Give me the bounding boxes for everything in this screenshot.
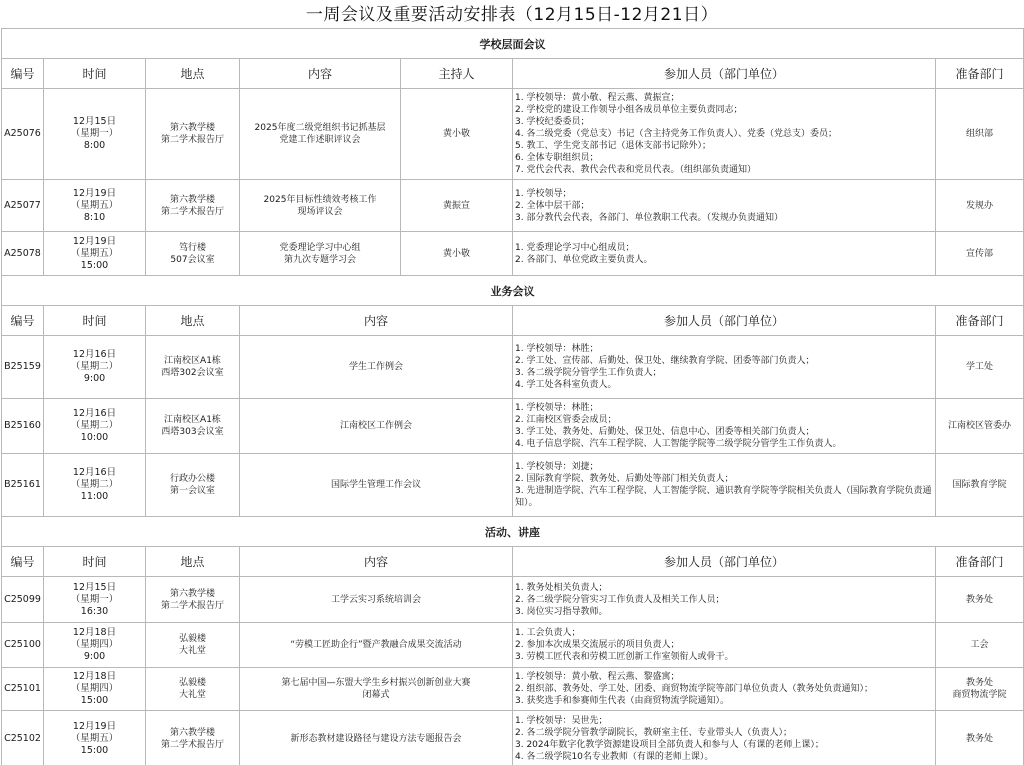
department-line: 江南校区管委办: [936, 420, 1023, 432]
column-header: 准备部门: [936, 306, 1024, 336]
event-attendees: 1. 学校领导：黄小敬、程云燕、黄振宣；2. 学校党的建设工作领导小组各成员单位…: [513, 89, 936, 180]
department-line: 教务处: [936, 677, 1023, 689]
event-place: 江南校区A1栋西塔303会议室: [146, 399, 240, 454]
place-line: 西塔302会议室: [146, 367, 239, 379]
event-time: 12月16日（星期二）11:00: [44, 454, 146, 517]
attendee-line: 2. 各二级学院分管实习工作负责人及相关工作人员；: [515, 594, 933, 606]
attendee-line: 3. 学校纪委委员；: [515, 116, 933, 128]
attendee-line: 3. 各二级学院分管学生工作负责人；: [515, 367, 933, 379]
time-line: （星期四）: [44, 639, 145, 651]
column-header: 内容: [240, 306, 513, 336]
event-time: 12月15日（星期一）8:00: [44, 89, 146, 180]
event-content: 2025年度二级党组织书记抓基层党建工作述职评议会: [240, 89, 401, 180]
prep-department: 发规办: [936, 180, 1024, 232]
content-line: “劳模工匠助企行”暨产教融合成果交流活动: [240, 639, 512, 651]
place-line: 第六教学楼: [146, 122, 239, 134]
content-line: 新形态教材建设路径与建设方法专题报告会: [240, 733, 512, 745]
time-line: 11:00: [44, 491, 145, 503]
attendee-line: 7. 党代会代表、教代会代表和党员代表。（组织部负责通知）: [515, 164, 933, 176]
prep-department: 宣传部: [936, 232, 1024, 276]
department-line: 组织部: [936, 128, 1023, 140]
time-line: （星期五）: [44, 248, 145, 260]
time-line: （星期二）: [44, 479, 145, 491]
event-time: 12月16日（星期二）9:00: [44, 336, 146, 399]
content-line: 现场评议会: [240, 206, 400, 218]
place-line: 大礼堂: [146, 689, 239, 701]
attendee-line: 2. 各二级学院分管教学副院长，教研室主任、专业带头人（负责人）；: [515, 727, 933, 739]
department-line: 学工处: [936, 361, 1023, 373]
prep-department: 教务处: [936, 711, 1024, 765]
event-id: C25099: [2, 577, 44, 623]
time-line: 16:30: [44, 606, 145, 618]
event-time: 12月18日（星期四）15:00: [44, 668, 146, 711]
time-line: 12月18日: [44, 627, 145, 639]
attendee-line: 4. 各二级学院10名专业教师（有课的老师上课）。: [515, 751, 933, 763]
attendee-line: 1. 学校领导：刘捷；: [515, 461, 933, 473]
place-line: 江南校区A1栋: [146, 414, 239, 426]
column-header-row: 编号时间地点内容主持人参加人员（部门单位）准备部门: [2, 59, 1024, 89]
attendee-line: 3. 获奖选手和参赛师生代表（由商贸物流学院通知）。: [515, 695, 933, 707]
attendee-line: 1. 教务处相关负责人；: [515, 582, 933, 594]
time-line: 9:00: [44, 373, 145, 385]
department-line: 宣传部: [936, 248, 1023, 260]
prep-department: 江南校区管委办: [936, 399, 1024, 454]
column-header: 编号: [2, 547, 44, 577]
prep-department: 国际教育学院: [936, 454, 1024, 517]
place-line: 第六教学楼: [146, 194, 239, 206]
column-header: 时间: [44, 306, 146, 336]
place-line: 笃行楼: [146, 242, 239, 254]
department-line: 国际教育学院: [936, 479, 1023, 491]
attendee-line: 1. 学校领导：黄小敬、程云燕、黄振宣；: [515, 92, 933, 104]
place-line: 大礼堂: [146, 645, 239, 657]
event-host: 黄小敬: [401, 232, 513, 276]
table-row: C2509912月15日（星期一）16:30第六教学楼第二学术报告厅工学云实习系…: [2, 577, 1024, 623]
event-content: 第七届中国—东盟大学生乡村振兴创新创业大赛闭幕式: [240, 668, 513, 711]
section-title: 活动、讲座: [2, 517, 1024, 547]
section-title: 学校层面会议: [2, 29, 1024, 59]
event-id: C25101: [2, 668, 44, 711]
event-attendees: 1. 工会负责人；2. 参加本次成果交流展示的项目负责人；3. 劳模工匠代表和劳…: [513, 623, 936, 668]
schedule-table: 学校层面会议编号时间地点内容主持人参加人员（部门单位）准备部门A2507612月…: [1, 28, 1024, 765]
column-header: 参加人员（部门单位）: [513, 547, 936, 577]
content-line: 工学云实习系统培训会: [240, 594, 512, 606]
attendee-line: 3. 先进制造学院、汽车工程学院、人工智能学院、通识教育学院等学院相关负责人（国…: [515, 485, 933, 509]
event-place: 江南校区A1栋西塔302会议室: [146, 336, 240, 399]
table-row: C2510012月18日（星期四）9:00弘毅楼大礼堂“劳模工匠助企行”暨产教融…: [2, 623, 1024, 668]
column-header: 内容: [240, 59, 401, 89]
content-line: 第九次专题学习会: [240, 254, 400, 266]
column-header-row: 编号时间地点内容参加人员（部门单位）准备部门: [2, 306, 1024, 336]
event-content: 2025年目标性绩效考核工作现场评议会: [240, 180, 401, 232]
column-header: 地点: [146, 547, 240, 577]
time-line: 12月19日: [44, 236, 145, 248]
attendee-line: 4. 各二级党委（党总支）书记（含主持党务工作负责人）、党委（党总支）委员；: [515, 128, 933, 140]
section-header: 业务会议: [2, 276, 1024, 306]
attendee-line: 2. 学工处、宣传部、后勤处、保卫处、继续教育学院、团委等部门负责人；: [515, 355, 933, 367]
table-row: A2507712月19日（星期五）8:10第六教学楼第二学术报告厅2025年目标…: [2, 180, 1024, 232]
time-line: 10:00: [44, 432, 145, 444]
event-time: 12月18日（星期四）9:00: [44, 623, 146, 668]
attendee-line: 3. 部分教代会代表，各部门、单位教职工代表。（发规办负责通知）: [515, 212, 933, 224]
event-place: 第六教学楼第二学术报告厅: [146, 711, 240, 765]
time-line: 12月15日: [44, 116, 145, 128]
time-line: 12月18日: [44, 671, 145, 683]
content-line: 江南校区工作例会: [240, 420, 512, 432]
table-row: A2507612月15日（星期一）8:00第六教学楼第二学术报告厅2025年度二…: [2, 89, 1024, 180]
time-line: （星期一）: [44, 594, 145, 606]
event-id: B25161: [2, 454, 44, 517]
column-header: 准备部门: [936, 59, 1024, 89]
column-header: 时间: [44, 59, 146, 89]
event-time: 12月15日（星期一）16:30: [44, 577, 146, 623]
prep-department: 教务处: [936, 577, 1024, 623]
attendee-line: 2. 江南校区管委会成员；: [515, 414, 933, 426]
attendee-line: 6. 全体专职组织员；: [515, 152, 933, 164]
place-line: 507会议室: [146, 254, 239, 266]
attendee-line: 2. 学校党的建设工作领导小组各成员单位主要负责同志；: [515, 104, 933, 116]
event-attendees: 1. 学校领导：黄小敬、程云燕、黎盛寓；2. 组织部、教务处、学工处、团委、商贸…: [513, 668, 936, 711]
event-attendees: 1. 学校领导：吴世先；2. 各二级学院分管教学副院长，教研室主任、专业带头人（…: [513, 711, 936, 765]
time-line: 12月15日: [44, 582, 145, 594]
event-content: 学生工作例会: [240, 336, 513, 399]
content-line: 党建工作述职评议会: [240, 134, 400, 146]
table-row: B2516012月16日（星期二）10:00江南校区A1栋西塔303会议室江南校…: [2, 399, 1024, 454]
prep-department: 工会: [936, 623, 1024, 668]
event-host: 黄振宣: [401, 180, 513, 232]
attendee-line: 2. 参加本次成果交流展示的项目负责人；: [515, 639, 933, 651]
time-line: 12月16日: [44, 467, 145, 479]
table-row: B2516112月16日（星期二）11:00行政办公楼第一会议室国际学生管理工作…: [2, 454, 1024, 517]
column-header: 准备部门: [936, 547, 1024, 577]
table-row: B2515912月16日（星期二）9:00江南校区A1栋西塔302会议室学生工作…: [2, 336, 1024, 399]
attendee-line: 2. 组织部、教务处、学工处、团委、商贸物流学院等部门单位负责人（教务处负责通知…: [515, 683, 933, 695]
place-line: 西塔303会议室: [146, 426, 239, 438]
department-line: 教务处: [936, 733, 1023, 745]
column-header: 内容: [240, 547, 513, 577]
event-id: B25159: [2, 336, 44, 399]
event-place: 第六教学楼第二学术报告厅: [146, 89, 240, 180]
time-line: （星期五）: [44, 200, 145, 212]
attendee-line: 1. 党委理论学习中心组成员；: [515, 242, 933, 254]
department-line: 发规办: [936, 200, 1023, 212]
attendee-line: 5. 教工、学生党支部书记（退休支部书记除外）；: [515, 140, 933, 152]
time-line: （星期二）: [44, 420, 145, 432]
event-place: 行政办公楼第一会议室: [146, 454, 240, 517]
event-place: 笃行楼507会议室: [146, 232, 240, 276]
attendee-line: 1. 学校领导：林胜；: [515, 402, 933, 414]
attendee-line: 2. 各部门、单位党政主要负责人。: [515, 254, 933, 266]
event-attendees: 1. 教务处相关负责人；2. 各二级学院分管实习工作负责人及相关工作人员；3. …: [513, 577, 936, 623]
place-line: 第六教学楼: [146, 727, 239, 739]
page-title: 一周会议及重要活动安排表（12月15日-12月21日）: [0, 0, 1024, 28]
event-time: 12月19日（星期五）15:00: [44, 711, 146, 765]
event-time: 12月19日（星期五）15:00: [44, 232, 146, 276]
time-line: 9:00: [44, 651, 145, 663]
section-title: 业务会议: [2, 276, 1024, 306]
attendee-line: 1. 学校领导：吴世先；: [515, 715, 933, 727]
event-id: C25100: [2, 623, 44, 668]
column-header: 地点: [146, 59, 240, 89]
column-header: 编号: [2, 59, 44, 89]
column-header: 编号: [2, 306, 44, 336]
department-line: 教务处: [936, 594, 1023, 606]
event-place: 弘毅楼大礼堂: [146, 668, 240, 711]
attendee-line: 2. 国际教育学院、教务处、后勤处等部门相关负责人；: [515, 473, 933, 485]
column-header: 参加人员（部门单位）: [513, 306, 936, 336]
event-place: 第六教学楼第二学术报告厅: [146, 577, 240, 623]
attendee-line: 4. 电子信息学院、汽车工程学院、人工智能学院等二级学院分管学生工作负责人。: [515, 438, 933, 450]
event-id: A25078: [2, 232, 44, 276]
event-content: 工学云实习系统培训会: [240, 577, 513, 623]
content-line: 2025年目标性绩效考核工作: [240, 194, 400, 206]
column-header-row: 编号时间地点内容参加人员（部门单位）准备部门: [2, 547, 1024, 577]
content-line: 2025年度二级党组织书记抓基层: [240, 122, 400, 134]
time-line: （星期一）: [44, 128, 145, 140]
content-line: 学生工作例会: [240, 361, 512, 373]
time-line: （星期四）: [44, 683, 145, 695]
time-line: （星期二）: [44, 361, 145, 373]
content-line: 国际学生管理工作会议: [240, 479, 512, 491]
place-line: 第一会议室: [146, 485, 239, 497]
place-line: 第六教学楼: [146, 588, 239, 600]
content-line: 闭幕式: [240, 689, 512, 701]
time-line: （星期五）: [44, 733, 145, 745]
table-row: C2510112月18日（星期四）15:00弘毅楼大礼堂第七届中国—东盟大学生乡…: [2, 668, 1024, 711]
event-attendees: 1. 学校领导：林胜；2. 江南校区管委会成员；3. 学工处、教务处、后勤处、保…: [513, 399, 936, 454]
attendee-line: 1. 学校领导：黄小敬、程云燕、黎盛寓；: [515, 671, 933, 683]
place-line: 第二学术报告厅: [146, 134, 239, 146]
place-line: 第二学术报告厅: [146, 739, 239, 751]
section-header: 活动、讲座: [2, 517, 1024, 547]
attendee-line: 1. 学校领导：林胜；: [515, 343, 933, 355]
place-line: 弘毅楼: [146, 633, 239, 645]
prep-department: 教务处商贸物流学院: [936, 668, 1024, 711]
attendee-line: 3. 学工处、教务处、后勤处、保卫处、信息中心、团委等相关部门负责人；: [515, 426, 933, 438]
department-line: 工会: [936, 639, 1023, 651]
event-content: “劳模工匠助企行”暨产教融合成果交流活动: [240, 623, 513, 668]
time-line: 8:00: [44, 140, 145, 152]
event-time: 12月16日（星期二）10:00: [44, 399, 146, 454]
column-header: 时间: [44, 547, 146, 577]
event-attendees: 1. 学校领导：刘捷；2. 国际教育学院、教务处、后勤处等部门相关负责人；3. …: [513, 454, 936, 517]
event-place: 第六教学楼第二学术报告厅: [146, 180, 240, 232]
attendee-line: 3. 劳模工匠代表和劳模工匠创新工作室领衔人或骨干。: [515, 651, 933, 663]
event-attendees: 1. 学校领导：林胜；2. 学工处、宣传部、后勤处、保卫处、继续教育学院、团委等…: [513, 336, 936, 399]
column-header: 参加人员（部门单位）: [513, 59, 936, 89]
place-line: 第二学术报告厅: [146, 600, 239, 612]
time-line: 15:00: [44, 745, 145, 757]
content-line: 第七届中国—东盟大学生乡村振兴创新创业大赛: [240, 677, 512, 689]
column-header: 主持人: [401, 59, 513, 89]
event-attendees: 1. 学校领导；2. 全体中层干部；3. 部分教代会代表，各部门、单位教职工代表…: [513, 180, 936, 232]
event-id: C25102: [2, 711, 44, 765]
place-line: 行政办公楼: [146, 473, 239, 485]
event-content: 江南校区工作例会: [240, 399, 513, 454]
event-id: A25076: [2, 89, 44, 180]
section-header: 学校层面会议: [2, 29, 1024, 59]
time-line: 12月19日: [44, 188, 145, 200]
time-line: 15:00: [44, 695, 145, 707]
time-line: 15:00: [44, 260, 145, 272]
event-content: 党委理论学习中心组第九次专题学习会: [240, 232, 401, 276]
department-line: 商贸物流学院: [936, 689, 1023, 701]
attendee-line: 2. 全体中层干部；: [515, 200, 933, 212]
place-line: 江南校区A1栋: [146, 355, 239, 367]
content-line: 党委理论学习中心组: [240, 242, 400, 254]
table-row: C2510212月19日（星期五）15:00第六教学楼第二学术报告厅新形态教材建…: [2, 711, 1024, 765]
attendee-line: 1. 工会负责人；: [515, 627, 933, 639]
place-line: 弘毅楼: [146, 677, 239, 689]
attendee-line: 3. 2024年数字化教学资源建设项目全部负责人和参与人（有课的老师上课）；: [515, 739, 933, 751]
time-line: 12月19日: [44, 721, 145, 733]
prep-department: 学工处: [936, 336, 1024, 399]
event-attendees: 1. 党委理论学习中心组成员；2. 各部门、单位党政主要负责人。: [513, 232, 936, 276]
table-row: A2507812月19日（星期五）15:00笃行楼507会议室党委理论学习中心组…: [2, 232, 1024, 276]
column-header: 地点: [146, 306, 240, 336]
time-line: 8:10: [44, 212, 145, 224]
event-id: B25160: [2, 399, 44, 454]
event-host: 黄小敬: [401, 89, 513, 180]
attendee-line: 3. 岗位实习指导教师。: [515, 606, 933, 618]
event-place: 弘毅楼大礼堂: [146, 623, 240, 668]
attendee-line: 4. 学工处各科室负责人。: [515, 379, 933, 391]
attendee-line: 1. 学校领导；: [515, 188, 933, 200]
event-id: A25077: [2, 180, 44, 232]
event-content: 新形态教材建设路径与建设方法专题报告会: [240, 711, 513, 765]
time-line: 12月16日: [44, 408, 145, 420]
event-time: 12月19日（星期五）8:10: [44, 180, 146, 232]
event-content: 国际学生管理工作会议: [240, 454, 513, 517]
prep-department: 组织部: [936, 89, 1024, 180]
time-line: 12月16日: [44, 349, 145, 361]
place-line: 第二学术报告厅: [146, 206, 239, 218]
